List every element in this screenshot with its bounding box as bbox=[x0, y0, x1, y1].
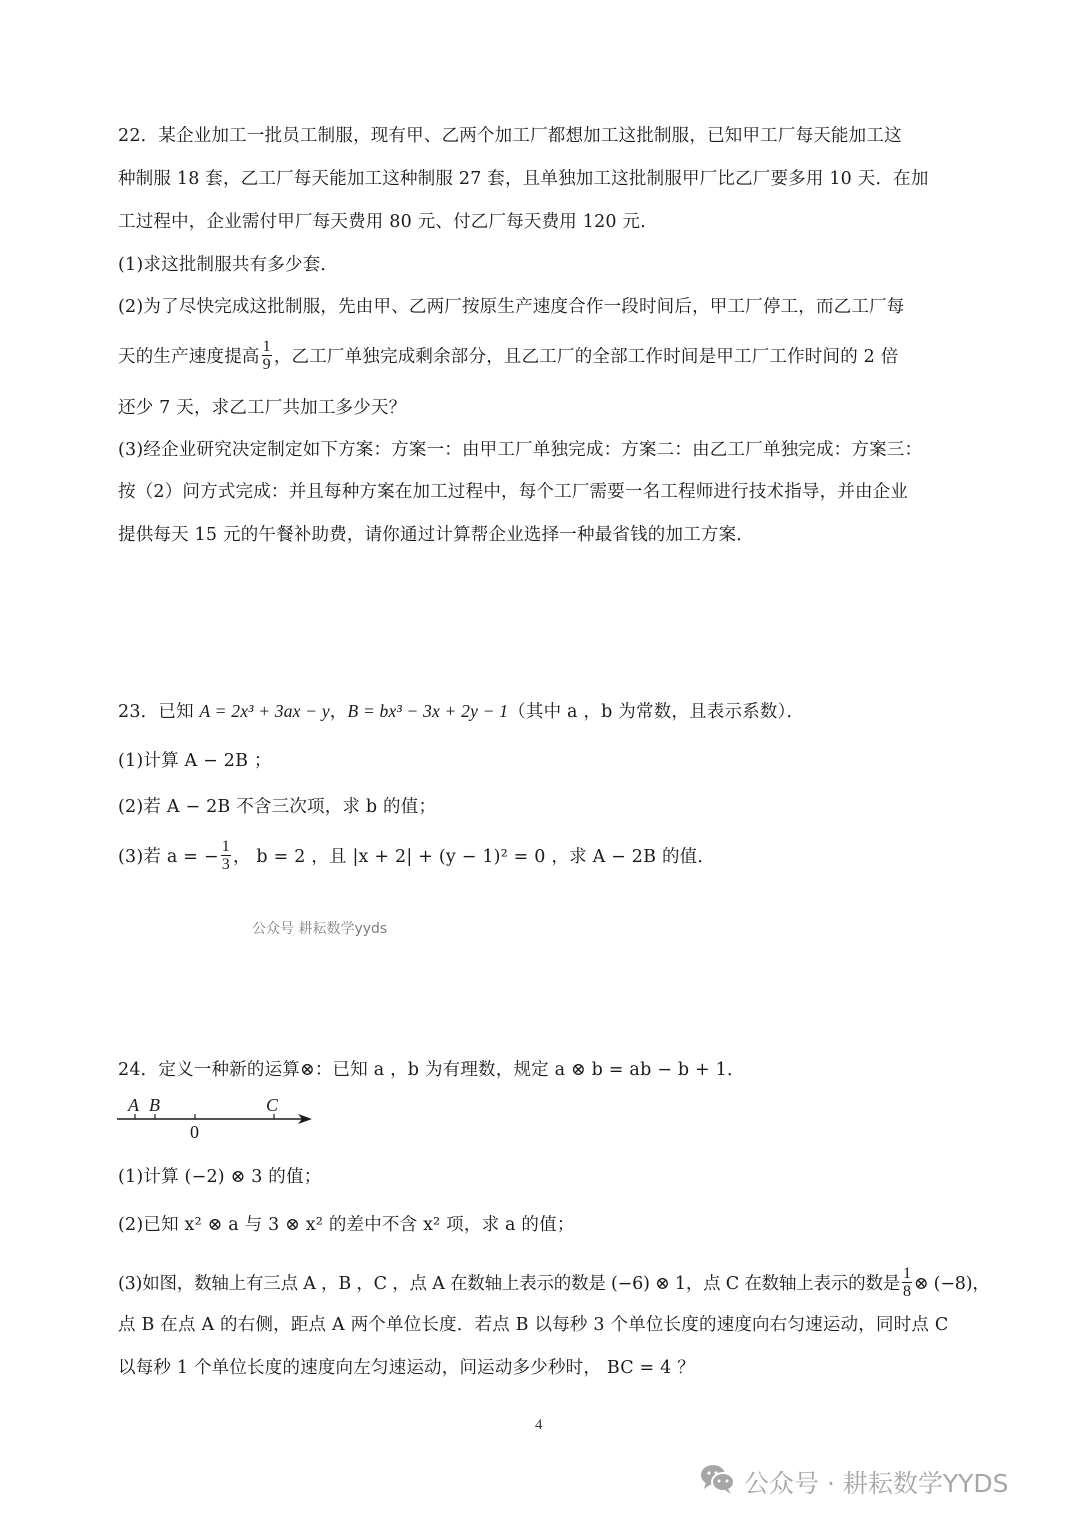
q24-stem: 24．定义一种新的运算⊗：已知 a ，b 为有理数，规定 a ⊗ b = ab … bbox=[118, 1058, 745, 1082]
q23-separator: ， bbox=[330, 702, 348, 722]
q22-part-2-text-after: ，乙工厂单独完成剩余部分，且乙工厂的全部工作时间是甲工厂工作时间的 2 倍 bbox=[274, 347, 899, 367]
q23-part-3-before: (3)若 a = − bbox=[118, 847, 219, 867]
wechat-icon bbox=[700, 1463, 736, 1501]
q22-part-3-line-3: 提供每天 15 元的午餐补助费，请你通过计算帮企业选择一种最省钱的加工方案． bbox=[118, 523, 754, 547]
q22-part-2-line-3: 还少 7 天，求乙工厂共加工多少天？ bbox=[118, 396, 406, 420]
watermark-text: 公众号 耕耘数学yyds bbox=[252, 918, 387, 938]
point-label-c: C bbox=[266, 1095, 279, 1115]
fraction-denominator: 3 bbox=[221, 856, 231, 873]
footer-brand: 公众号 · 耕耘数学YYDS bbox=[700, 1463, 1009, 1501]
q22-stem-line-2: 种制服 18 套，乙工厂每天能加工这种制服 27 套，且单独加工这批制服甲厂比乙… bbox=[118, 167, 929, 191]
q24-part-3-line-1: (3)如图，数轴上有三点 A ，B ，C ，点 A 在数轴上表示的数是 (−6)… bbox=[118, 1267, 990, 1302]
q22-part-1: (1)求这批制服共有多少套． bbox=[118, 253, 338, 277]
fraction-one-third: 13 bbox=[221, 838, 231, 873]
q23-expression-a: A = 2x³ + 3ax − y bbox=[200, 701, 330, 721]
q23-expression-b: B = bx³ − 3x + 2y − 1 bbox=[347, 701, 508, 721]
q22-part-3-line-2: 按（2）问方式完成：并且每种方案在加工过程中，每个工厂需要一名工程师进行技术指导… bbox=[118, 480, 908, 504]
page-number: 4 bbox=[535, 1417, 543, 1434]
q22-stem-line-3: 工过程中，企业需付甲厂每天费用 80 元、付乙厂每天费用 120 元． bbox=[118, 210, 658, 234]
q22-part-2-line-1: (2)为了尽快完成这批制服，先由甲、乙两厂按原生产速度合作一段时间后，甲工厂停工… bbox=[118, 295, 905, 319]
q23-part-1: (1)计算 A − 2B ； bbox=[118, 749, 272, 773]
q24-part-1: (1)计算 (−2) ⊗ 3 的值； bbox=[118, 1165, 321, 1189]
q24-part-3-line-2: 点 B 在点 A 的右侧，距点 A 两个单位长度．若点 B 以每秒 3 个单位长… bbox=[118, 1313, 948, 1337]
fraction-one-eighth: 18 bbox=[902, 1265, 912, 1300]
q22-part-2-text-before: 天的生产速度提高 bbox=[118, 347, 260, 367]
q23-part-3: (3)若 a = −13， b = 2 ，且 |x + 2| + (y − 1)… bbox=[118, 840, 715, 875]
q24-part-3-after: ⊗ (−8)， bbox=[914, 1274, 990, 1294]
number-line-diagram: A B 0 C bbox=[114, 1092, 319, 1148]
q23-prefix: 23．已知 bbox=[118, 702, 200, 722]
fraction-denominator: 9 bbox=[262, 356, 272, 373]
q24-part-3-line-3: 以每秒 1 个单位长度的速度向左匀速运动，问运动多少秒时， BC = 4 ？ bbox=[118, 1356, 695, 1380]
footer-brand-text: 公众号 · 耕耘数学YYDS bbox=[744, 1464, 1009, 1500]
q23-stem: 23．已知 A = 2x³ + 3ax − y，B = bx³ − 3x + 2… bbox=[118, 699, 804, 724]
q22-part-3-line-1: (3)经企业研究决定制定如下方案：方案一：由甲工厂单独完成：方案二：由乙工厂单独… bbox=[118, 438, 922, 462]
fraction-numerator: 1 bbox=[262, 338, 272, 356]
q23-part-3-after: ， b = 2 ，且 |x + 2| + (y − 1)² = 0 ，求 A −… bbox=[233, 847, 715, 867]
fraction-denominator: 8 bbox=[902, 1283, 912, 1300]
q23-part-2: (2)若 A − 2B 不含三次项，求 b 的值； bbox=[118, 795, 436, 819]
point-label-a: A bbox=[127, 1095, 140, 1115]
fraction-numerator: 1 bbox=[221, 838, 231, 856]
q22-stem-line-1: 22．某企业加工一批员工制服，现有甲、乙两个加工厂都想加工这批制服，已知甲工厂每… bbox=[118, 124, 902, 148]
number-line-svg: A B 0 C bbox=[114, 1092, 319, 1144]
fraction-one-ninth: 19 bbox=[262, 338, 272, 373]
origin-label: 0 bbox=[190, 1122, 199, 1142]
fraction-numerator: 1 bbox=[902, 1265, 912, 1283]
q22-part-2-line-2: 天的生产速度提高19，乙工厂单独完成剩余部分，且乙工厂的全部工作时间是甲工厂工作… bbox=[118, 340, 898, 375]
q23-suffix: （其中 a ，b 为常数，且表示系数）． bbox=[508, 702, 804, 722]
q24-part-2: (2)已知 x² ⊗ a 与 3 ⊗ x² 的差中不含 x² 项，求 a 的值； bbox=[118, 1213, 575, 1237]
q24-part-3-before: (3)如图，数轴上有三点 A ，B ，C ，点 A 在数轴上表示的数是 (−6)… bbox=[118, 1274, 900, 1294]
point-label-b: B bbox=[149, 1095, 160, 1115]
